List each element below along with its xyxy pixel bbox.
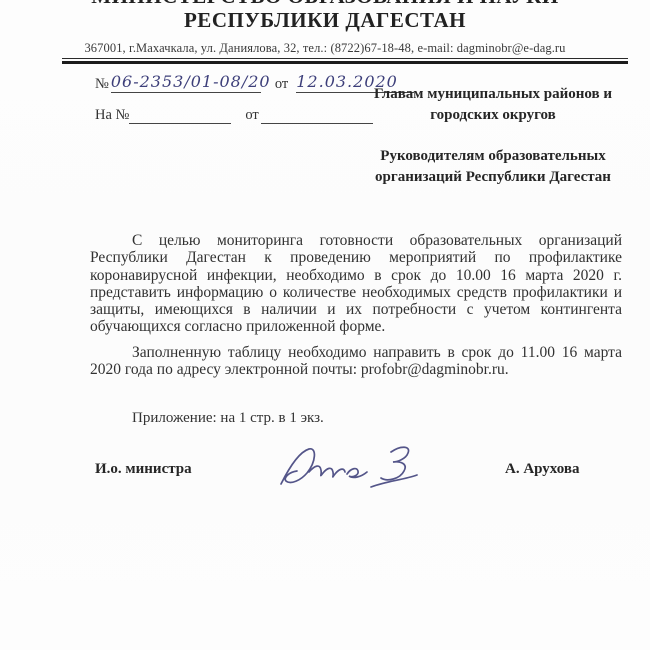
- na-ot-label: от: [245, 107, 258, 124]
- signer-name: А. Арухова: [505, 461, 579, 478]
- addressee-heads-line2: городских округов: [338, 105, 648, 126]
- ministry-title-line2: РЕСПУБЛИКИ ДАГЕСТАН: [0, 8, 650, 32]
- attachment-note: Приложение: на 1 стр. в 1 экз.: [132, 410, 324, 427]
- addressee-directors-line2: организаций Республики Дагестан: [338, 167, 648, 188]
- scanned-letter-page: МИНИСТЕРСТВО ОБРАЗОВАНИЯ И НАУКИ РЕСПУБЛ…: [0, 0, 650, 650]
- letter-body: С целью мониторинга готовности образоват…: [90, 232, 622, 386]
- handwritten-number: 06-2353/01-08/20: [111, 72, 271, 91]
- ministry-title: МИНИСТЕРСТВО ОБРАЗОВАНИЯ И НАУКИ РЕСПУБЛ…: [0, 0, 650, 32]
- addressee-heads-line1: Главам муниципальных районов и: [338, 84, 648, 105]
- letterhead-address: 367001, г.Махачкала, ул. Даниялова, 32, …: [0, 41, 650, 56]
- letterhead: МИНИСТЕРСТВО ОБРАЗОВАНИЯ И НАУКИ РЕСПУБЛ…: [0, 0, 650, 65]
- body-paragraph-2: Заполненную таблицу необходимо направить…: [90, 344, 622, 379]
- signature-row: И.о. министра А. Арухова: [0, 438, 650, 498]
- handwritten-signature-icon: [275, 438, 435, 496]
- ministry-title-line1: МИНИСТЕРСТВО ОБРАЗОВАНИЯ И НАУКИ: [0, 0, 650, 8]
- letterhead-divider: [62, 58, 628, 65]
- outgoing-number-field: 06-2353/01-08/20: [111, 72, 261, 93]
- number-label: №: [95, 76, 109, 93]
- addressee-directors: Руководителям образовательных организаци…: [338, 146, 648, 188]
- signer-position: И.о. министра: [95, 461, 192, 478]
- addressees-block: Главам муниципальных районов и городских…: [338, 84, 648, 188]
- addressee-directors-line1: Руководителям образовательных: [338, 146, 648, 167]
- na-number-label: На №: [95, 107, 129, 124]
- addressee-heads: Главам муниципальных районов и городских…: [338, 84, 648, 126]
- incoming-number-field: [129, 123, 231, 124]
- body-paragraph-1: С целью мониторинга готовности образоват…: [90, 232, 622, 336]
- ot-label: от: [275, 76, 288, 93]
